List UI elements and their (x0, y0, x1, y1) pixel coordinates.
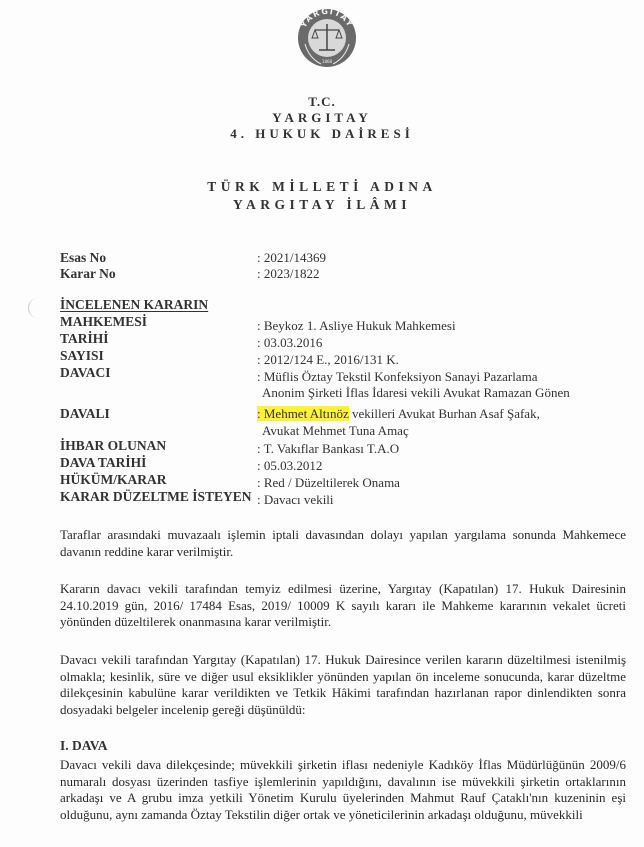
paragraph-2: Kararın davacı vekili tarafından temyiz … (60, 581, 626, 631)
reviewed-section-title: İNCELENEN KARARIN (60, 297, 208, 313)
margin-mark (28, 298, 43, 318)
svg-text:1868: 1868 (322, 59, 333, 64)
tarihi-label: TARİHİ (60, 331, 109, 347)
davali-label: DAVALI (60, 406, 110, 422)
yargitay-seal-icon: YARGITAY 1868 (295, 4, 359, 84)
header-court: YARGITAY (0, 110, 644, 126)
header-tc: T.C. (0, 94, 644, 110)
mahkemesi-value: : Beykoz 1. Asliye Hukuk Mahkemesi (257, 318, 456, 334)
ihbar-olunan-value: : T. Vakıflar Bankası T.A.O (257, 441, 399, 457)
davali-value-cont: Avukat Mehmet Tuna Amaç (262, 423, 409, 439)
mahkemesi-label: MAHKEMESİ (60, 314, 147, 330)
section-dava-title: I. DAVA (60, 738, 108, 754)
dava-tarihi-value: : 05.03.2012 (257, 458, 322, 474)
hukum-karar-value: : Red / Düzeltilerek Onama (257, 475, 400, 491)
karar-no-value: : 2023/1822 (257, 266, 319, 282)
dava-tarihi-label: DAVA TARİHİ (60, 455, 146, 471)
davali-name-highlight: : Mehmet Altınöz (257, 406, 349, 421)
sayisi-label: SAYISI (60, 348, 104, 364)
davali-value: : Mehmet Altınöz vekilleri Avukat Burhan… (257, 406, 540, 422)
header-chamber: 4. HUKUK DAİRESİ (0, 126, 644, 142)
sayisi-value: : 2012/124 E., 2016/131 K. (257, 352, 399, 368)
karar-duzeltme-label: KARAR DÜZELTME İSTEYEN (60, 489, 252, 505)
title-line-2: YARGITAY İLÂMI (0, 196, 644, 214)
karar-no-label: Karar No (60, 266, 116, 282)
tarihi-value: : 03.03.2016 (257, 335, 322, 351)
davaci-value-cont: Anonim Şirketi İflas İdaresi vekili Avuk… (262, 385, 570, 401)
title-line-1: TÜRK MİLLETİ ADINA (0, 178, 644, 196)
davaci-value: : Müflis Öztay Tekstil Konfeksiyon Sanay… (257, 369, 537, 385)
paragraph-3: Davacı vekili tarafından Yargıtay (Kapat… (60, 652, 626, 718)
section-dava-text: Davacı vekili dava dilekçesinde; müvekki… (60, 757, 626, 823)
hukum-karar-label: HÜKÜM/KARAR (60, 472, 167, 488)
karar-duzeltme-value: : Davacı vekili (257, 492, 334, 508)
ihbar-olunan-label: İHBAR OLUNAN (60, 438, 166, 454)
court-header: T.C. YARGITAY 4. HUKUK DAİRESİ (0, 94, 644, 142)
davaci-label: DAVACI (60, 365, 111, 381)
paragraph-1: Taraflar arasındaki muvazaalı işlemin ip… (60, 527, 626, 560)
esas-no-value: : 2021/14369 (257, 250, 326, 266)
esas-no-label: Esas No (60, 250, 106, 266)
document-title: TÜRK MİLLETİ ADINA YARGITAY İLÂMI (0, 178, 644, 214)
davali-attorneys: vekilleri Avukat Burhan Asaf Şafak, (349, 406, 540, 421)
document-page: YARGITAY 1868 T.C. YARGITAY 4. HUKUK DAİ… (0, 0, 644, 847)
